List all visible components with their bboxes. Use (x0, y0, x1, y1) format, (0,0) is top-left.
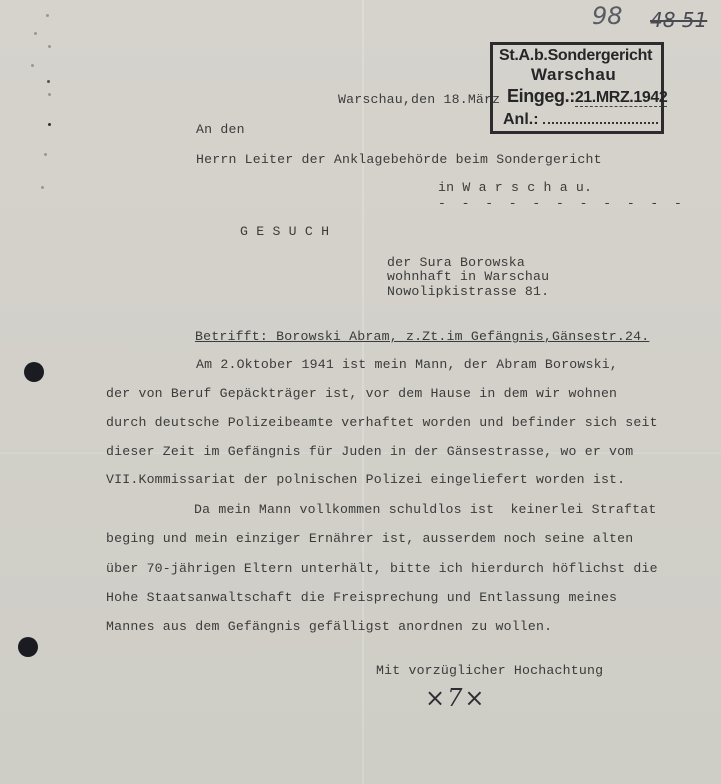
recipient-line-1: An den (196, 122, 245, 137)
staple-mark (44, 153, 47, 156)
stamp-attachments-label: Anl.: (503, 111, 539, 128)
body-line: dieser Zeit im Gefängnis für Juden in de… (106, 444, 633, 459)
recipient-line-3: in W a r s c h a u. (438, 180, 592, 195)
old-page-number-struck: 48 51 (650, 8, 707, 32)
staple-mark (48, 123, 51, 126)
document-page: 98 48 51 Warschau,den 18.März An den Her… (0, 0, 721, 784)
sender-line-3: Nowolipkistrasse 81. (387, 285, 549, 299)
body-line: VII.Kommissariat der polnischen Polizei … (106, 472, 625, 487)
sender-line-2: wohnhaft in Warschau (387, 270, 549, 284)
body-line: Mannes aus dem Gefängnis gefälligst anor… (106, 619, 552, 634)
stamp-authority: St.A.b.Sondergericht (499, 47, 652, 65)
staple-mark (34, 32, 37, 35)
body-line: Am 2.Oktober 1941 ist mein Mann, der Abr… (196, 357, 618, 372)
closing: Mit vorzüglicher Hochachtung (376, 663, 603, 678)
recipient-underline: - - - - - - - - - - - (438, 196, 686, 211)
staple-mark (47, 80, 50, 83)
stamp-received-label: Eingeg.: (507, 86, 575, 106)
stamp-received: Eingeg.:21.MRZ.1942 (507, 86, 667, 107)
body-line: Hohe Staatsanwaltschaft die Freisprechun… (106, 590, 617, 605)
page-number-handwritten: 98 (592, 2, 623, 30)
body-line: beging und mein einziger Ernährer ist, a… (106, 531, 633, 546)
staple-mark (41, 186, 44, 189)
stamp-received-date: 21.MRZ.1942 (575, 89, 668, 107)
punch-hole-bottom (18, 637, 38, 657)
staple-mark (48, 45, 51, 48)
body-line: über 70-jährigen Eltern unterhält, bitte… (106, 561, 658, 576)
stamp-attachments: Anl.: (503, 111, 658, 129)
sender-line-1: der Sura Borowska (387, 256, 525, 270)
staple-mark (48, 93, 51, 96)
punch-hole-top (24, 362, 44, 382)
body-line: durch deutsche Polizeibeamte verhaftet w… (106, 415, 658, 430)
body-line: Da mein Mann vollkommen schuldlos ist ke… (194, 502, 657, 517)
staple-mark (46, 14, 49, 17)
recipient-line-2: Herrn Leiter der Anklagebehörde beim Son… (196, 152, 602, 167)
stamp-city: Warschau (531, 65, 616, 85)
stamp-attachments-blank (543, 122, 658, 124)
signature-mark: ×7× (425, 684, 487, 712)
staple-mark (31, 64, 34, 67)
subject-line: Betrifft: Borowski Abram, z.Zt.im Gefäng… (195, 329, 649, 344)
place-date: Warschau,den 18.März (338, 92, 500, 107)
receipt-stamp: St.A.b.Sondergericht Warschau Eingeg.:21… (490, 42, 664, 134)
letter-heading: G E S U C H (240, 224, 329, 239)
body-line: der von Beruf Gepäckträger ist, vor dem … (106, 386, 617, 401)
